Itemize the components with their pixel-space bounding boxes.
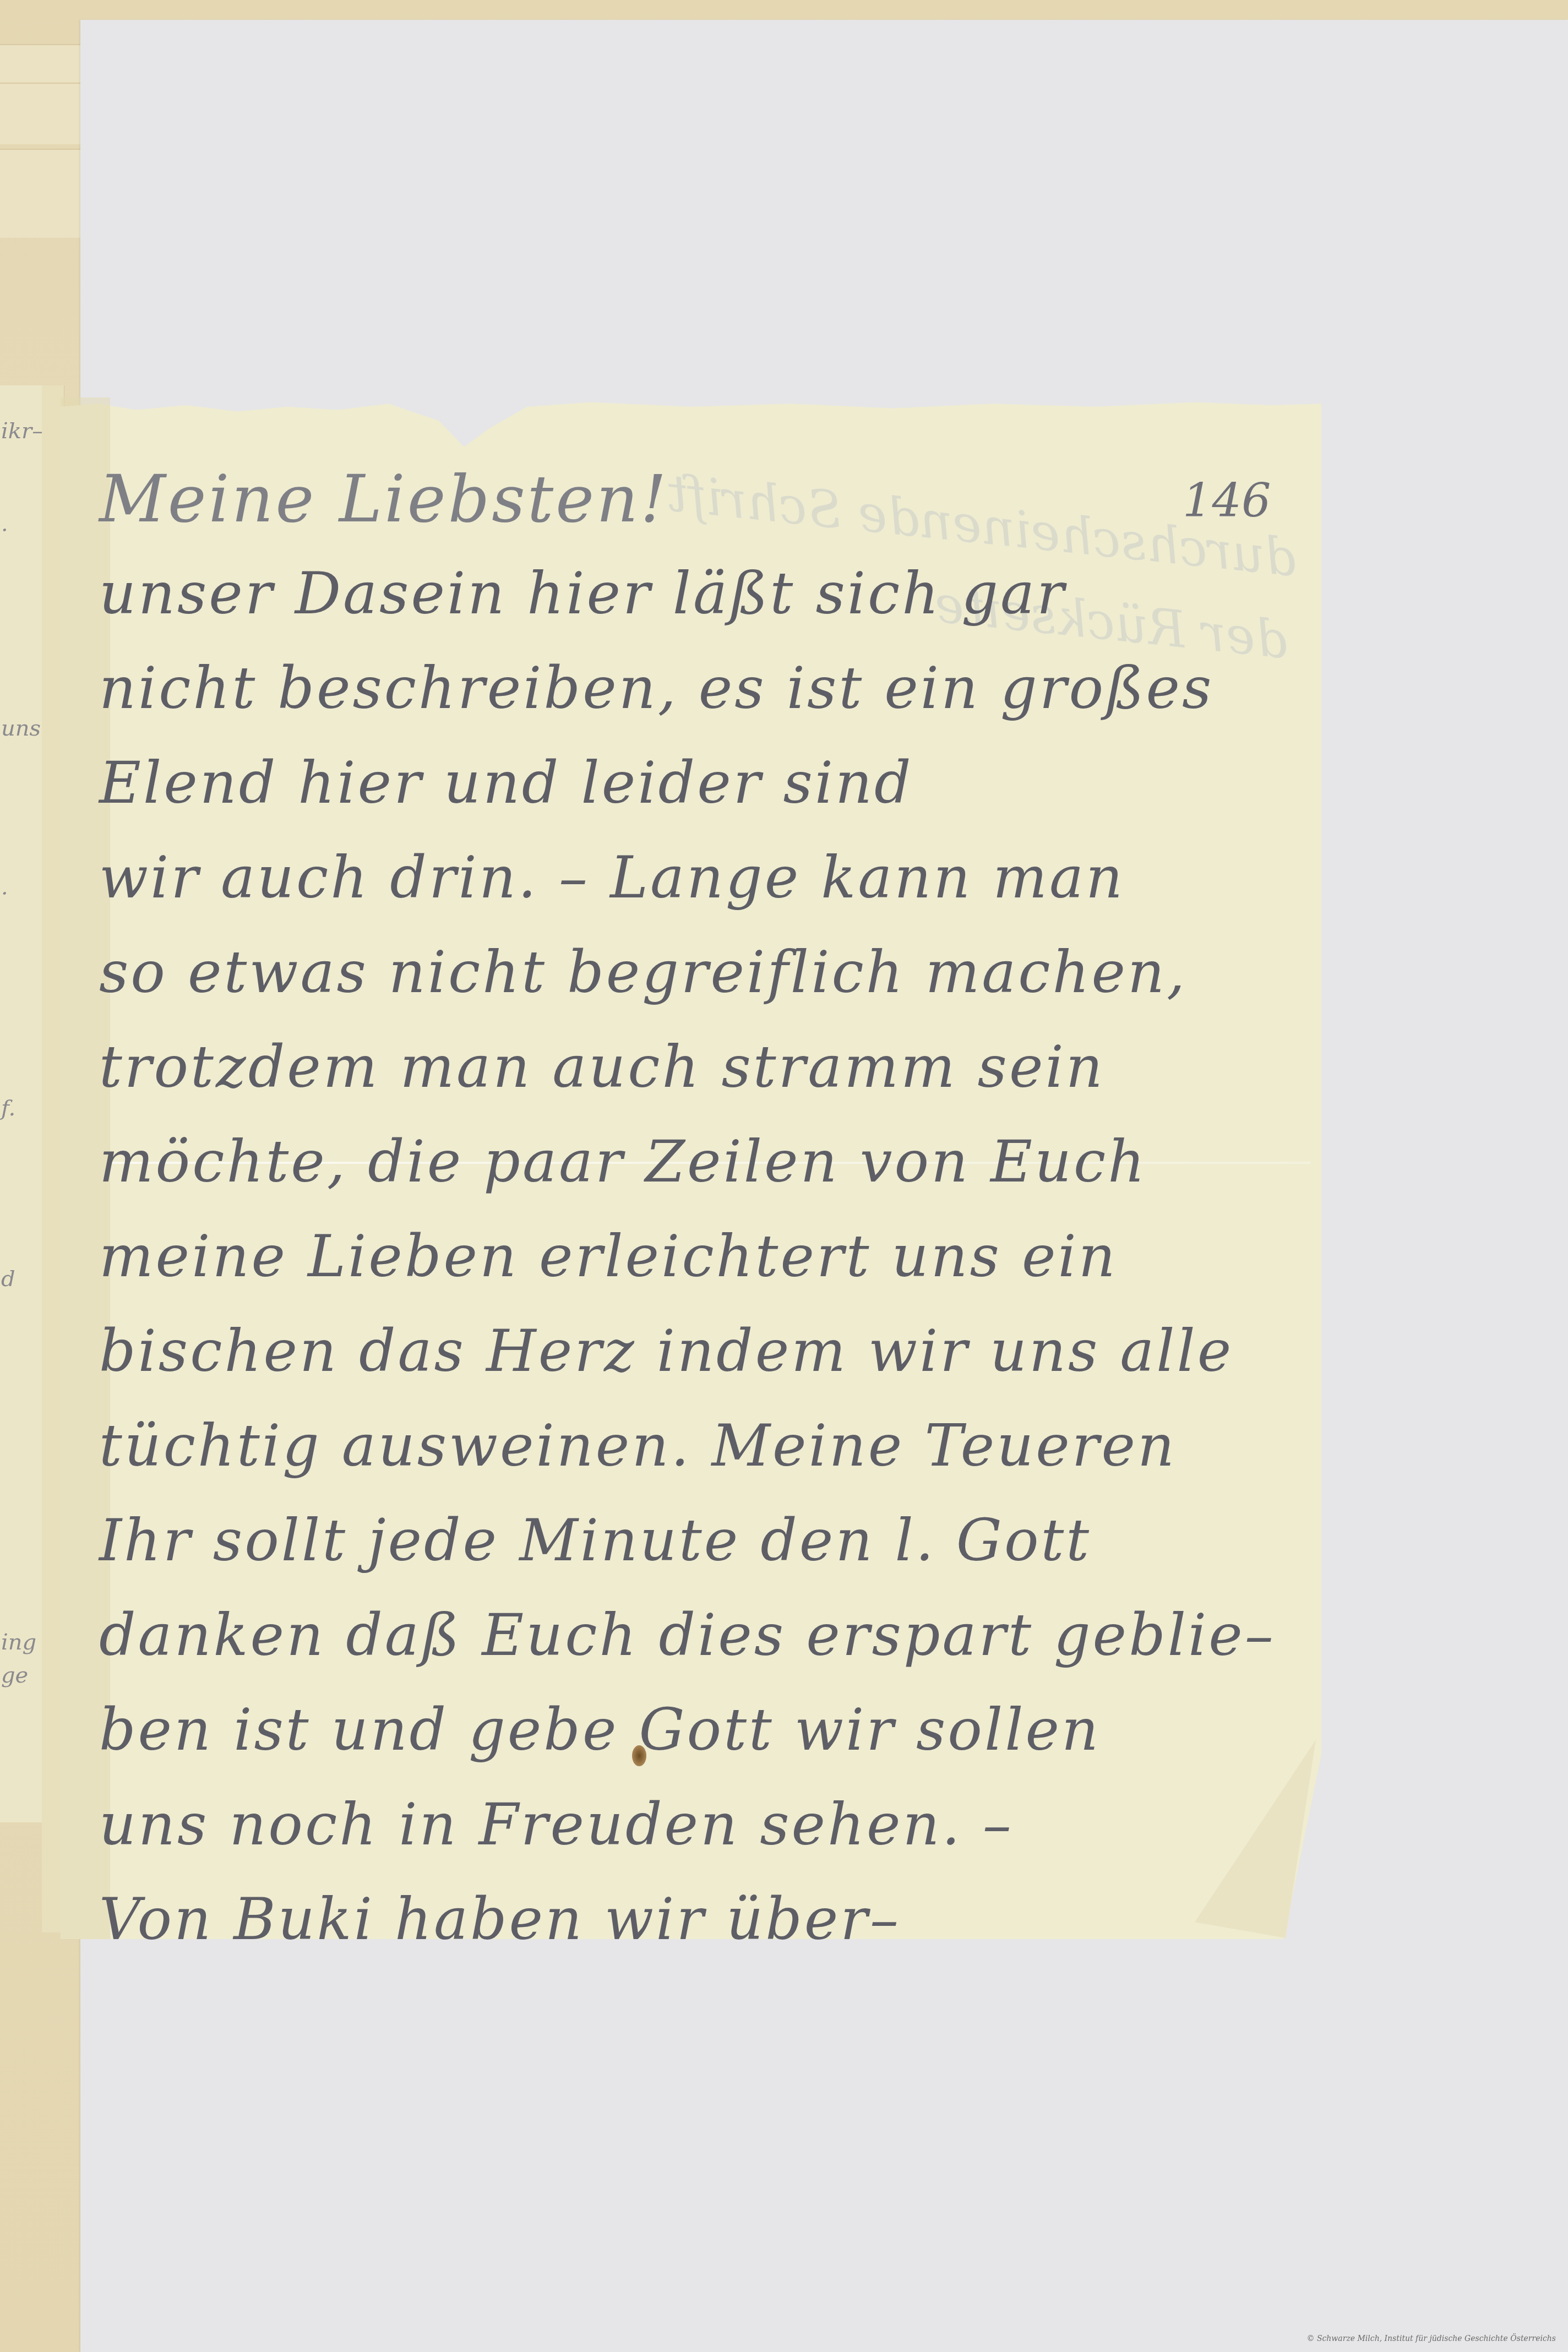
letter-line: tüchtig ausweinen. Meine Teueren: [99, 1398, 1321, 1493]
stack-strip: [0, 44, 80, 84]
letter-line: möchte, die paar Zeilen von Euch: [99, 1114, 1321, 1209]
letter-line: trotzdem man auch stramm sein: [99, 1020, 1321, 1114]
letter-line: Elend hier und leider sind: [99, 736, 1321, 830]
letter-line: wir auch drin. – Lange kann man: [99, 830, 1321, 925]
underlying-letter-page: ikr– · uns. · f. d ing ge: [0, 385, 43, 1822]
copyright-notice: © Schwarze Milch, Institut für jüdische …: [1306, 2334, 1556, 2343]
ink-stain: [632, 1745, 646, 1766]
letter-body: Meine Liebsten! unser Dasein hier läßt s…: [99, 451, 1321, 1967]
under-page-fragment: ge: [1, 1663, 28, 1688]
letter-line: bischen das Herz indem wir uns alle: [99, 1304, 1321, 1398]
under-page-fragment: f.: [1, 1096, 15, 1121]
letter-line: Ihr sollt jede Minute den l. Gott: [99, 1493, 1321, 1588]
letter-line: meine Lieben erleichtert uns ein: [99, 1209, 1321, 1304]
under-page-fragment: ikr–: [1, 418, 43, 444]
letter-line: so etwas nicht begreiflich machen,: [99, 925, 1321, 1020]
letter-line: danken daß Euch dies erspart geblie–: [99, 1588, 1321, 1683]
stack-strip: [0, 149, 80, 238]
under-page-fragment: ·: [1, 518, 8, 543]
letter-line: nicht beschreiben, es ist ein großes: [99, 641, 1321, 736]
letter-line: unser Dasein hier läßt sich gar: [99, 546, 1321, 641]
letter-line: uns noch in Freuden sehen. –: [99, 1777, 1321, 1872]
stack-strip: [0, 83, 80, 144]
under-page-fragment: uns.: [1, 716, 43, 741]
letter-greeting: Meine Liebsten!: [99, 451, 1321, 546]
under-page-fragment: ·: [1, 881, 8, 906]
under-page-fragment: ing: [1, 1630, 36, 1655]
letter-line: Von Buki haben wir über–: [99, 1872, 1321, 1967]
letter-line: ben ist und gebe Gott wir sollen: [99, 1683, 1321, 1777]
under-page-fragment: d: [1, 1266, 15, 1292]
